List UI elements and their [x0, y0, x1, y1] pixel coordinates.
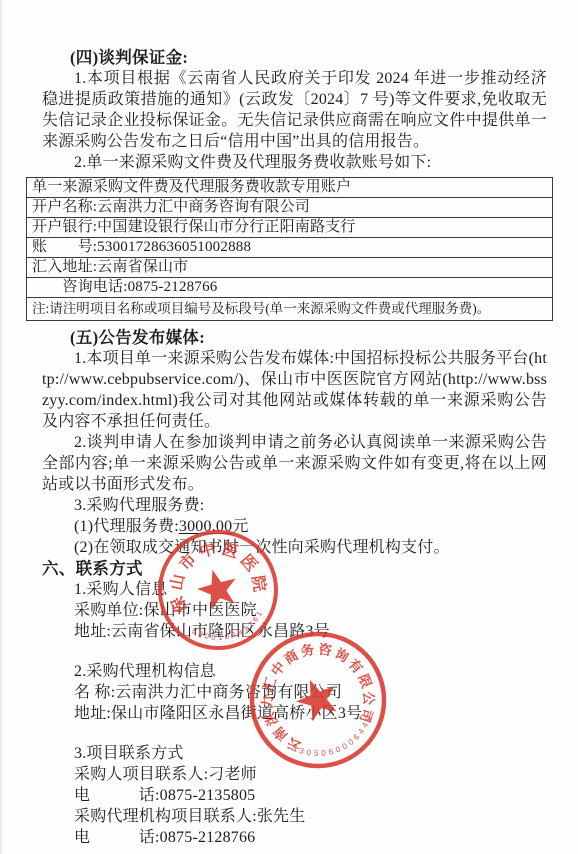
account-table-row-title: 单一来源采购文件费及代理服务费收款专用账户	[27, 178, 552, 198]
section4-paragraph-deposit: 1.本项目根据《云南省人民政府关于印发 2024 年进一步推动经济稳进提质政策措…	[42, 68, 547, 152]
buyer-contact-phone-line: 电 话:0875-2135805	[42, 785, 547, 806]
section5-paragraph-media: 1.本项目单一来源采购公告发布媒体:中国招标投标公共服务平台(http://ww…	[42, 348, 547, 432]
account-table-row-name: 开户名称:云南洪力汇中商务咨询有限公司	[27, 198, 552, 218]
spacer	[42, 642, 547, 661]
agency-info-title: 2.采购代理机构信息	[42, 661, 547, 682]
account-table-row-note: 注:请注明项目名称或项目编号及标段号(单一来源采购文件费或代理服务费)。	[27, 298, 552, 320]
account-table-row-number: 账 号:53001728636051002888	[27, 238, 552, 258]
agency-address-line: 地址:保山市隆阳区永昌街道高桥小区3号	[42, 703, 547, 724]
account-table-row-phone: 咨询电话:0875-2128766	[27, 278, 552, 298]
document-page: (四)谈判保证金: 1.本项目根据《云南省人民政府关于印发 2024 年进一步推…	[0, 0, 578, 854]
spacer	[42, 724, 547, 743]
section6-heading: 六、联系方式	[42, 558, 547, 579]
section5-fee-line: (1)代理服务费:3000.00元	[42, 516, 547, 537]
section5-fee-payment-line: (2)在领取成交通知书时一次性向采购代理机构支付。	[42, 537, 547, 558]
fee-prefix: (1)代理服务费:	[74, 518, 179, 535]
buyer-info-title: 1.采购人信息	[42, 579, 547, 600]
account-table: 单一来源采购文件费及代理服务费收款专用账户 开户名称:云南洪力汇中商务咨询有限公…	[26, 177, 553, 321]
agency-contact-phone-line: 电 话:0875-2128766	[42, 827, 547, 848]
buyer-unit-line: 采购单位:保山市中医医院	[42, 600, 547, 621]
fee-suffix: 元	[232, 518, 248, 535]
section5-paragraph-fee-title: 3.采购代理服务费:	[42, 495, 547, 516]
buyer-address-line: 地址:云南省保山市隆阳区永昌路3号	[42, 621, 547, 642]
section5-paragraph-readnotice: 2.谈判申请人在参加谈判申请之前务必认真阅读单一来源采购公告全部内容;单一来源采…	[42, 432, 547, 495]
agency-contact-person-line: 采购代理机构项目联系人:张先生	[42, 806, 547, 827]
document-content: (四)谈判保证金: 1.本项目根据《云南省人民政府关于印发 2024 年进一步推…	[42, 47, 547, 848]
fee-amount: 3000.00	[179, 518, 232, 535]
section5-heading: (五)公告发布媒体:	[42, 327, 547, 348]
project-contact-title: 3.项目联系方式	[42, 743, 547, 764]
account-table-row-address: 汇入地址:云南省保山市	[27, 258, 552, 278]
account-table-row-bank: 开户银行:中国建设银行保山市分行正阳南路支行	[27, 218, 552, 238]
buyer-contact-person-line: 采购人项目联系人:刁老师	[42, 764, 547, 785]
section4-heading: (四)谈判保证金:	[42, 47, 547, 68]
section4-paragraph-account-intro: 2.单一来源采购文件费及代理服务费收款账号如下:	[42, 152, 547, 173]
agency-name-line: 名 称:云南洪力汇中商务咨询有限公司	[42, 682, 547, 703]
